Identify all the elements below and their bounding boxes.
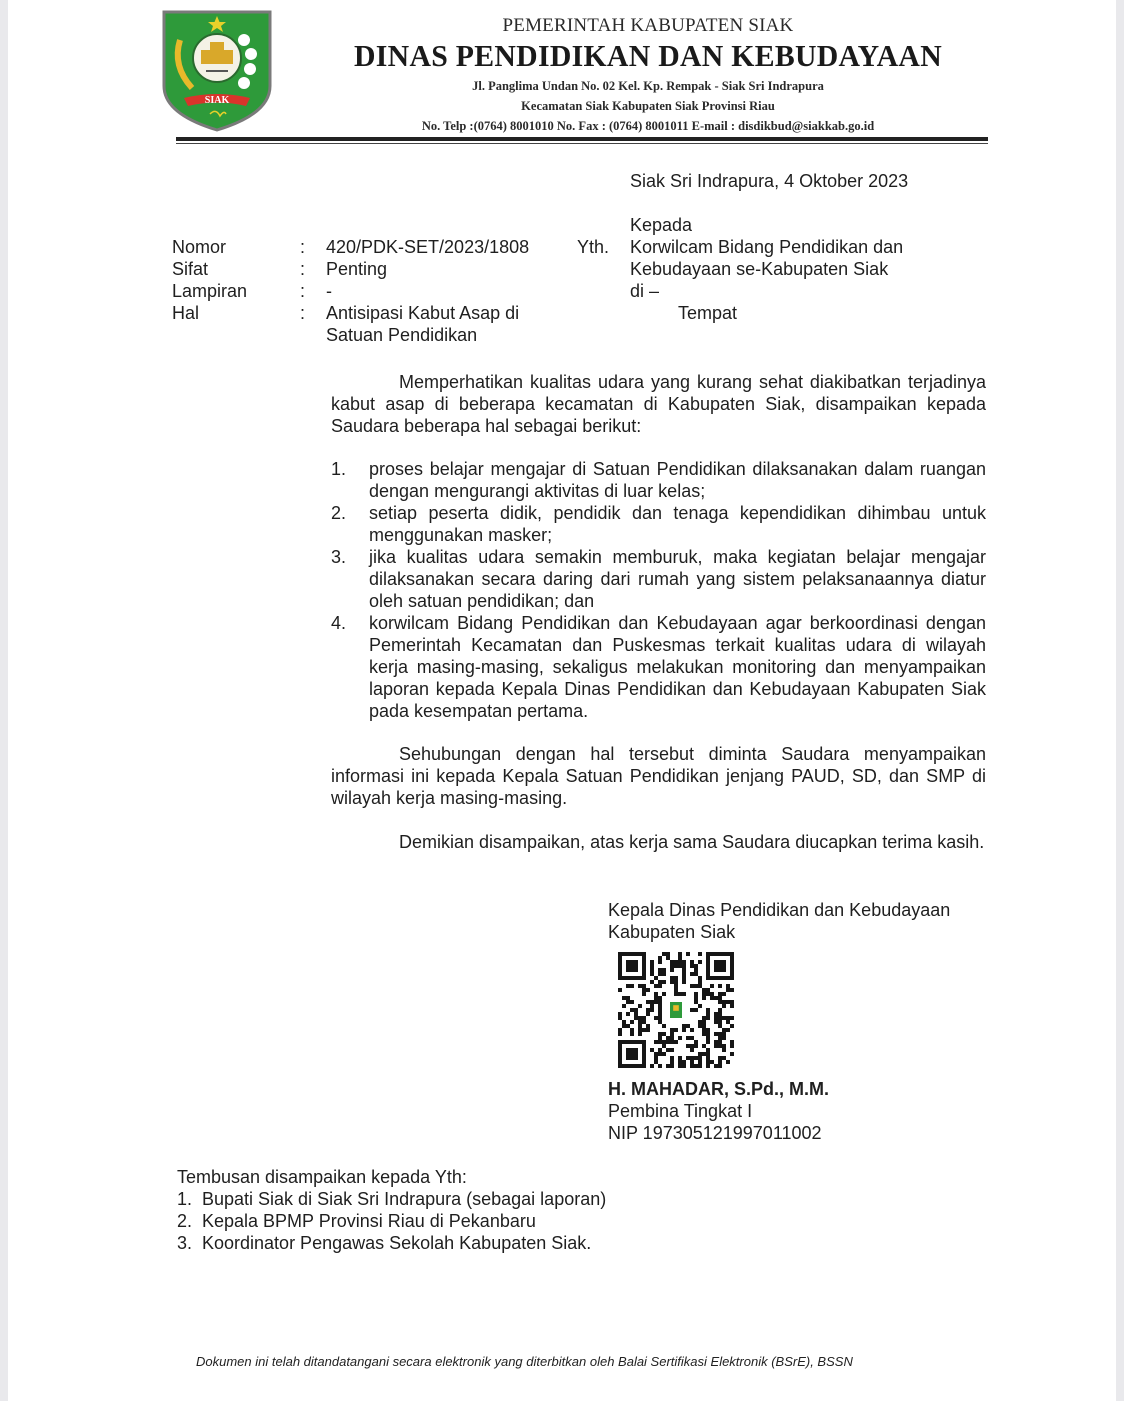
list-item-text: jika kualitas udara semakin memburuk, ma… [369, 546, 986, 612]
body-intro: Memperhatikan kualitas udara yang kurang… [331, 371, 986, 437]
list-item: 1. proses belajar mengajar di Satuan Pen… [331, 458, 986, 502]
carbon-copy-list: Tembusan disampaikan kepada Yth: 1. Bupa… [177, 1166, 606, 1254]
letterhead-contact: No. Telp :(0764) 8001010 No. Fax : (0764… [308, 119, 988, 134]
meta-label: Hal [172, 302, 300, 346]
cc-item-text: Kepala BPMP Provinsi Riau di Pekanbaru [202, 1210, 536, 1232]
list-item-number: 3. [331, 546, 369, 612]
cc-item-text: Bupati Siak di Siak Sri Indrapura (sebag… [202, 1188, 606, 1210]
letterhead-divider-thin [176, 143, 988, 144]
meta-label: Sifat [172, 258, 300, 280]
svg-text:SIAK: SIAK [205, 95, 230, 106]
meta-label: Nomor [172, 236, 300, 258]
meta-value-subject: Antisipasi Kabut Asap di Satuan Pendidik… [326, 302, 541, 346]
letterhead-district: Kecamatan Siak Kabupaten Siak Provinsi R… [308, 99, 988, 114]
carbon-copy-heading: Tembusan disampaikan kepada Yth: [177, 1166, 606, 1188]
signatory-name: H. MAHADAR, S.Pd., M.M. [608, 1078, 829, 1100]
list-item-text: korwilcam Bidang Pendidikan dan Kebudaya… [369, 612, 986, 722]
meta-colon: : [300, 236, 326, 258]
list-item: 4. korwilcam Bidang Pendidikan dan Kebud… [331, 612, 986, 722]
cc-item-number: 2. [177, 1210, 202, 1232]
letterhead-divider [176, 137, 988, 141]
meta-row-lampiran: Lampiran : - [172, 280, 571, 302]
meta-row-sifat: Sifat : Penting [172, 258, 571, 280]
recipient-tempat: Tempat [630, 302, 903, 324]
siak-regency-logo-icon: SIAK [158, 6, 276, 134]
meta-row-hal: Hal : Antisipasi Kabut Asap di Satuan Pe… [172, 302, 571, 346]
list-item-number: 1. [331, 458, 369, 502]
meta-colon: : [300, 302, 326, 346]
cc-item-number: 1. [177, 1188, 202, 1210]
signatory-rank: Pembina Tingkat I [608, 1100, 752, 1122]
list-item-number: 2. [331, 502, 369, 546]
electronic-signature-note: Dokumen ini telah ditandatangani secara … [196, 1354, 853, 1369]
body-closing: Demikian disampaikan, atas kerja sama Sa… [331, 831, 986, 853]
meta-value-attachment: - [326, 280, 571, 302]
recipient-di: di – [630, 280, 903, 302]
recipient-line2: Kebudayaan se-Kabupaten Siak [630, 258, 903, 280]
list-item-number: 4. [331, 612, 369, 722]
cc-item-number: 3. [177, 1232, 202, 1254]
list-item: 3. Koordinator Pengawas Sekolah Kabupate… [177, 1232, 606, 1254]
meta-colon: : [300, 258, 326, 280]
list-item: 2. Kepala BPMP Provinsi Riau di Pekanbar… [177, 1210, 606, 1232]
body-points-list: 1. proses belajar mengajar di Satuan Pen… [331, 458, 986, 722]
recipient-block: Kepada Korwilcam Bidang Pendidikan dan K… [630, 214, 903, 324]
document-page: SIAK PEMERINTAH KABUPATEN SIAK DINAS PEN… [8, 0, 1116, 1401]
signature-title-line2: Kabupaten Siak [608, 921, 950, 943]
meta-label: Lampiran [172, 280, 300, 302]
qr-code-signature-icon [615, 950, 737, 1070]
body-follow-up: Sehubungan dengan hal tersebut diminta S… [331, 743, 986, 809]
list-item-text: proses belajar mengajar di Satuan Pendid… [369, 458, 986, 502]
list-item: 1. Bupati Siak di Siak Sri Indrapura (se… [177, 1188, 606, 1210]
cc-item-text: Koordinator Pengawas Sekolah Kabupaten S… [202, 1232, 591, 1254]
letterhead-address: Jl. Panglima Undan No. 02 Kel. Kp. Rempa… [308, 79, 988, 94]
letter-meta: Nomor : 420/PDK-SET/2023/1808 Sifat : Pe… [172, 236, 571, 346]
letterhead-government: PEMERINTAH KABUPATEN SIAK [328, 15, 968, 37]
recipient-line1: Korwilcam Bidang Pendidikan dan [630, 236, 903, 258]
meta-colon: : [300, 280, 326, 302]
list-item: 2. setiap peserta didik, pendidik dan te… [331, 502, 986, 546]
signature-title-line1: Kepala Dinas Pendidikan dan Kebudayaan [608, 899, 950, 921]
signature-title: Kepala Dinas Pendidikan dan Kebudayaan K… [608, 899, 950, 943]
letter-date: Siak Sri Indrapura, 4 Oktober 2023 [630, 170, 908, 192]
list-item-text: setiap peserta didik, pendidik dan tenag… [369, 502, 986, 546]
recipient-kepada: Kepada [630, 214, 903, 236]
recipient-honorific: Yth. [577, 236, 609, 258]
signatory-nip: NIP 197305121997011002 [608, 1122, 822, 1144]
letterhead-agency: DINAS PENDIDIKAN DAN KEBUDAYAAN [322, 38, 975, 74]
meta-row-nomor: Nomor : 420/PDK-SET/2023/1808 [172, 236, 571, 258]
meta-value-nature: Penting [326, 258, 571, 280]
meta-value-number: 420/PDK-SET/2023/1808 [326, 236, 571, 258]
list-item: 3. jika kualitas udara semakin memburuk,… [331, 546, 986, 612]
